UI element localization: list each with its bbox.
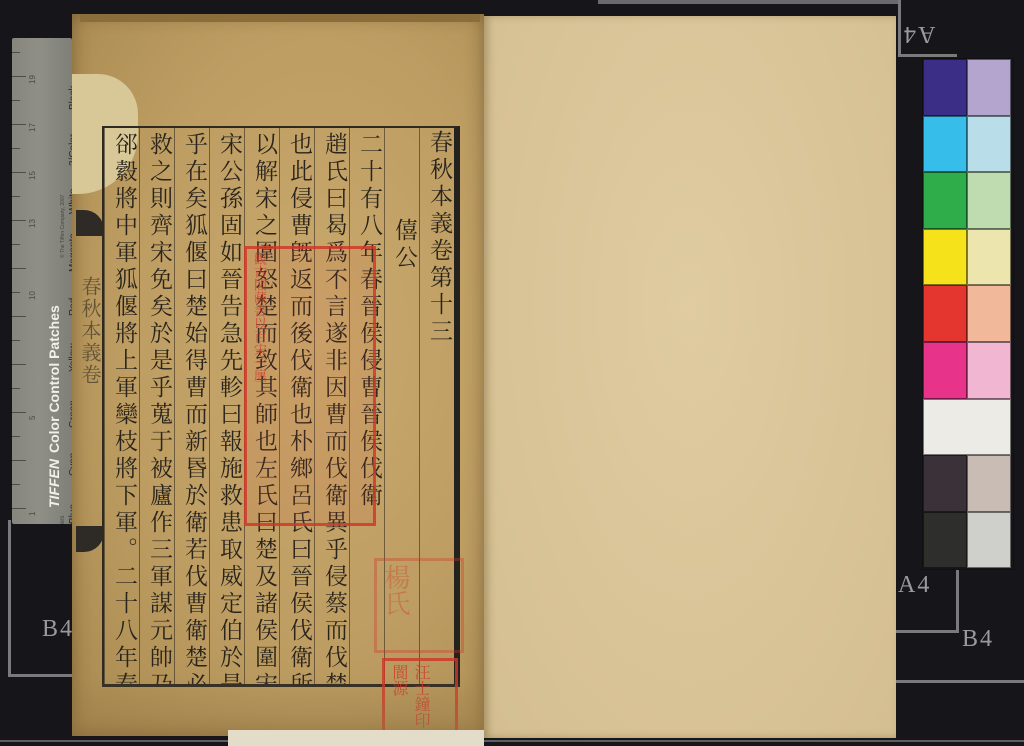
color-patch-black — [923, 512, 967, 569]
guide-label-b4-left: B4 — [42, 616, 74, 643]
color-patch-yellow-light — [967, 229, 1011, 286]
color-patch-red-light — [967, 285, 1011, 342]
guide-label-a4-bottom: A4 — [898, 572, 931, 599]
edge-fragment-text: 春秋本義卷 — [76, 276, 105, 386]
ruler-cm-19: 19 — [28, 75, 37, 84]
page-bottom-wear — [72, 676, 484, 736]
printed-text-frame: 春秋本義卷第十三 僖公 二十有八年春晉侯侵曹晉侯伐衛 趙氏曰曷爲不言遂非因曹而伐… — [102, 126, 460, 687]
left-page: 春秋本義卷 春秋本義卷第十三 僖公 二十有八年春晉侯侵曹晉侯伐衛 趙氏曰曷爲不言… — [72, 14, 484, 736]
color-patch-magenta — [923, 342, 967, 399]
paper-texture — [484, 16, 896, 738]
fish-tail-mark-top — [76, 210, 104, 236]
text-column-6: 乎在矣狐偃曰楚始得曹而新昬於衛若伐曹衛楚必 — [174, 128, 209, 684]
guide-top-strip — [598, 0, 898, 4]
ruler-title: Color Control Patches — [46, 305, 62, 453]
ruler-copyright: © The Tiffen Company, 2007 — [60, 195, 66, 258]
color-patch-black-light — [967, 512, 1011, 569]
red-seal-faint: 楊氏 — [374, 558, 464, 653]
color-patch-three-color — [923, 455, 967, 512]
bottom-paper-strip — [228, 730, 484, 746]
color-patch-red — [923, 285, 967, 342]
page-top-edge — [80, 14, 480, 22]
ruler-cm-15: 15 — [28, 171, 37, 180]
red-seal-large: 觀古閣藏書以百宋一廛 — [244, 246, 376, 526]
ruler-ticks — [12, 38, 38, 524]
color-patch-cyan-light — [967, 116, 1011, 173]
ruler-cm-13: 13 — [28, 219, 37, 228]
guide-label-b4-right: B4 — [962, 626, 994, 653]
tiffen-logo: TIFFEN — [46, 459, 62, 508]
seal-faint-text: 楊氏 — [377, 561, 413, 619]
ruler-cm-10: 10 — [28, 291, 37, 300]
text-column-8: 郤縠將中軍狐偃將上軍欒枝將下軍。二十八年春晉 — [104, 128, 139, 684]
color-patch-blue — [923, 59, 967, 116]
color-patch-green — [923, 172, 967, 229]
right-page-blank — [484, 16, 896, 738]
fish-tail-mark-bottom — [76, 526, 104, 552]
color-patch-green-light — [967, 172, 1011, 229]
color-patch-three-color-light — [967, 455, 1011, 512]
tiffen-color-control-ruler: 1 5 10 13 15 17 19 TIFFENColor Control P… — [12, 38, 72, 524]
ruler-unit-label: Centimeters — [60, 516, 66, 524]
color-patch-cyan — [923, 116, 967, 173]
guide-b4-left — [8, 520, 75, 677]
text-column-7: 救之則齊宋免矣於是乎蒐于被廬作三軍謀元帥乃使 — [139, 128, 174, 684]
ruler-brand: TIFFENColor Control Patches — [46, 305, 62, 508]
color-reference-chart — [922, 58, 1014, 570]
color-patch-blue-light — [967, 59, 1011, 116]
color-patch-yellow — [923, 229, 967, 286]
ruler-cm-5: 5 — [28, 416, 37, 420]
guide-label-a4-top: A4 — [902, 20, 935, 47]
text-column-5: 宋公孫固如晉告急先軫曰報施救患取威定伯於是 — [209, 128, 244, 684]
guide-b4-bottom-right — [896, 680, 1024, 683]
ruler-cm-1: 1 — [28, 512, 37, 516]
color-patch-white — [923, 399, 1011, 456]
ruler-cm-17: 17 — [28, 123, 37, 132]
guide-bottom-line — [0, 740, 1024, 742]
seal-large-text: 觀古閣藏書以百宋一廛 — [247, 249, 269, 385]
color-patch-magenta-light — [967, 342, 1011, 399]
